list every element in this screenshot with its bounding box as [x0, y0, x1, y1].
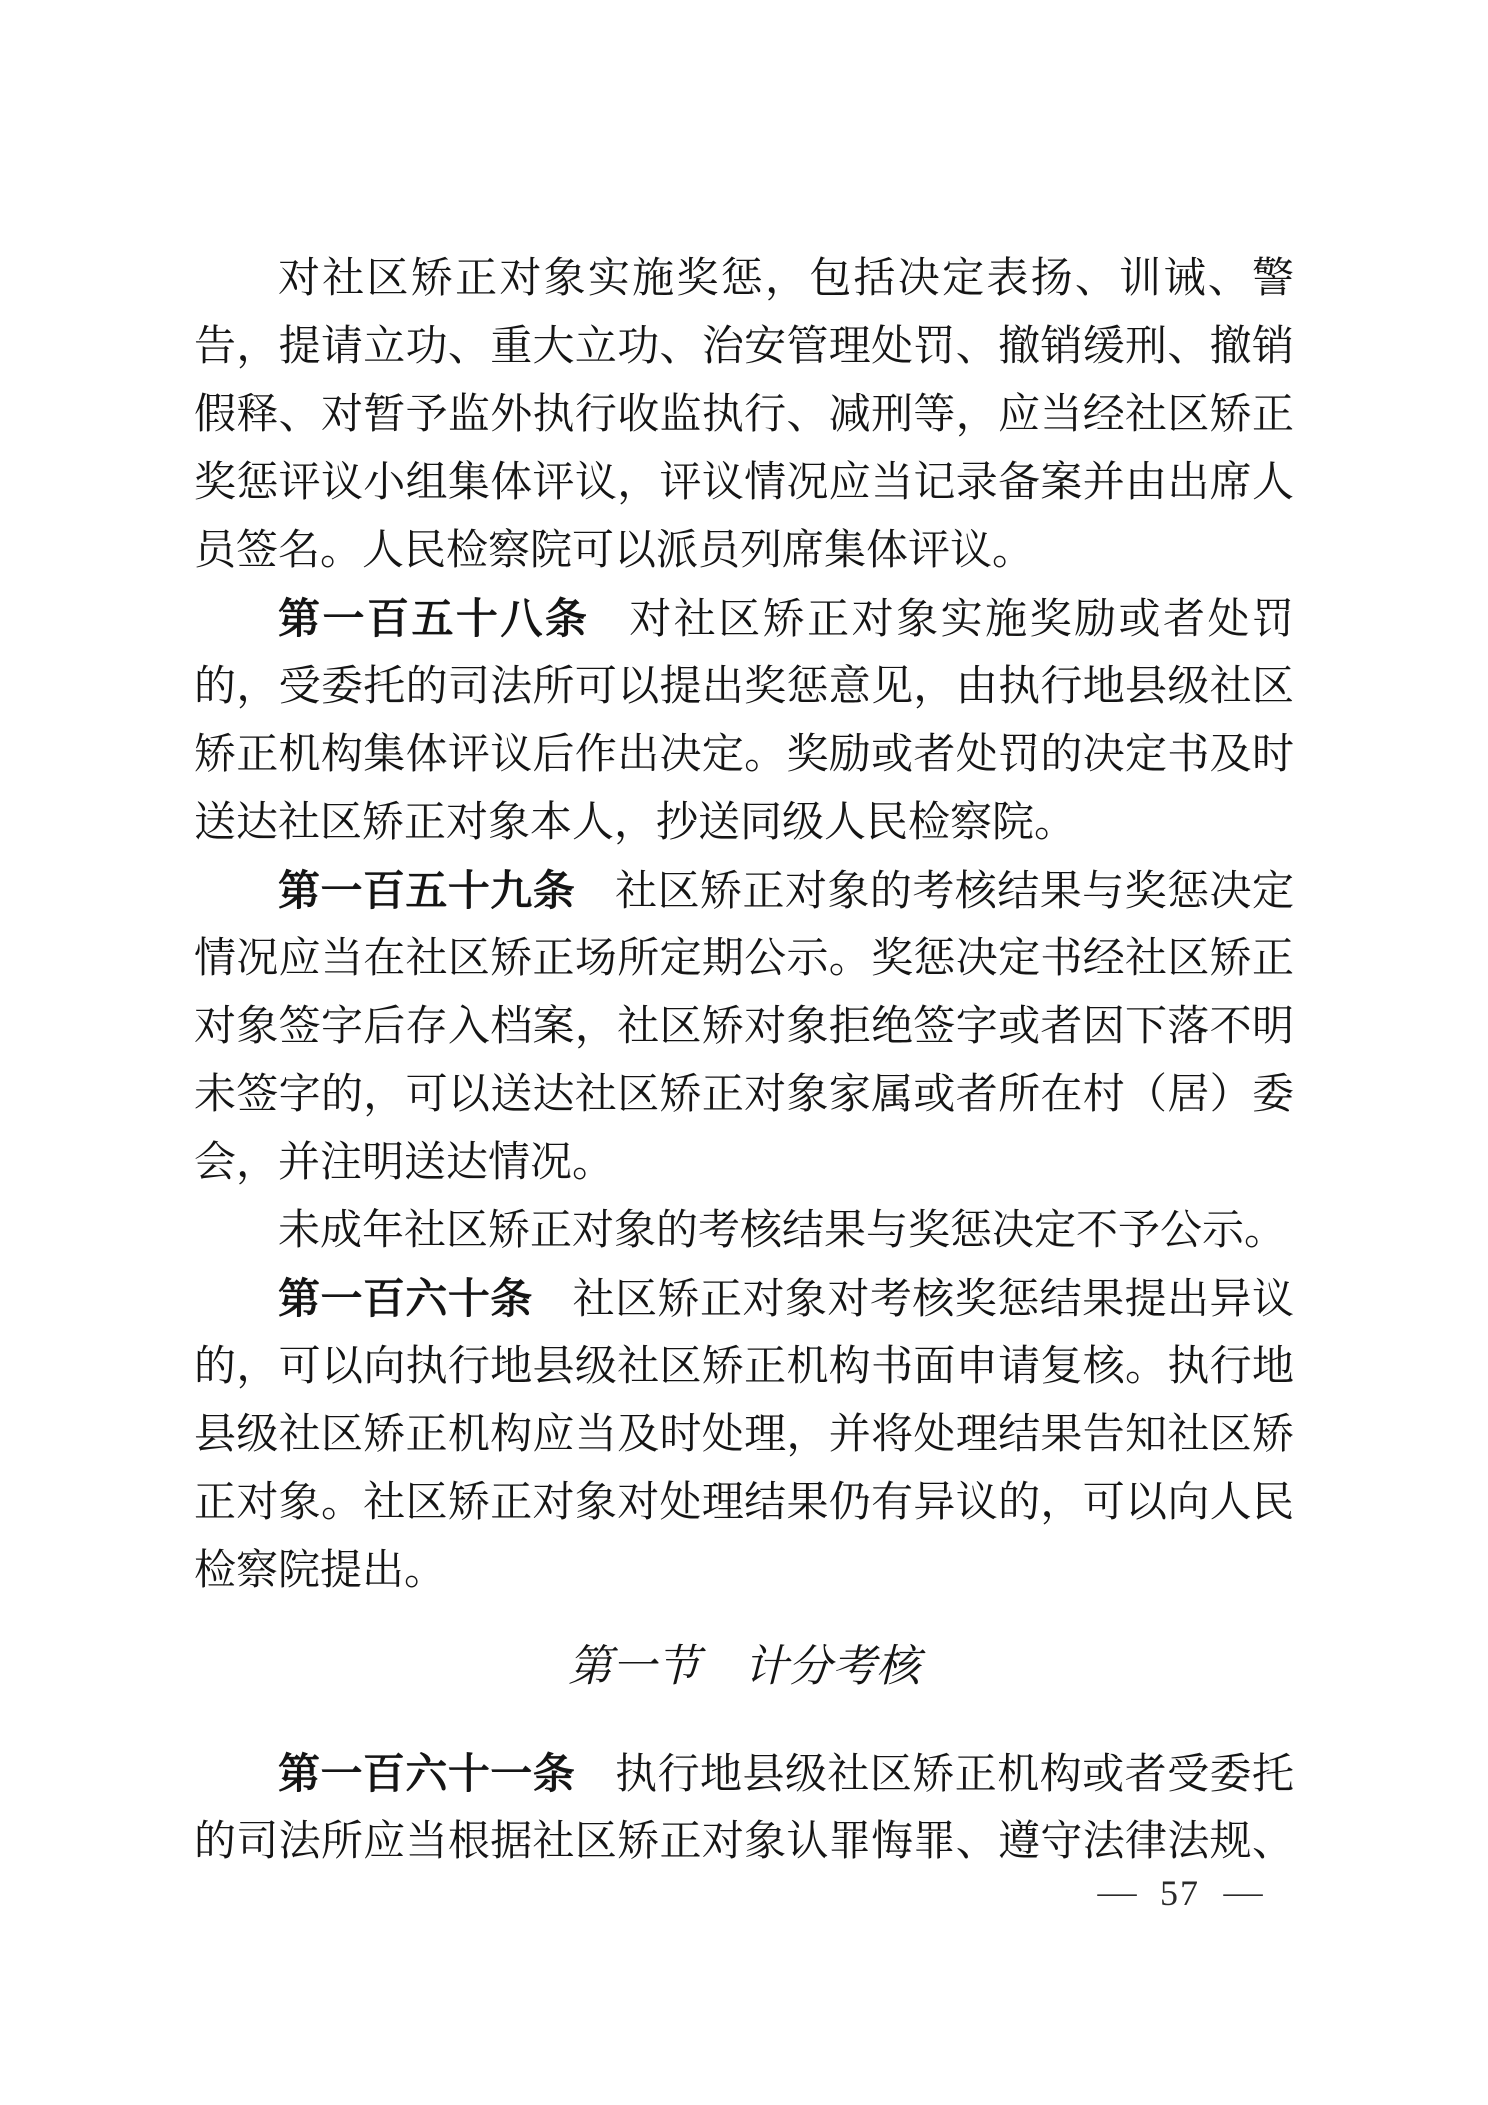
text-line: 送达社区矫正对象本人，抄送同级人民检察院。 [194, 789, 1294, 857]
body-block-1: 对社区矫正对象实施奖惩，包括决定表扬、训诫、警 告，提请立功、重大立功、治安管理… [194, 245, 1294, 1605]
page-content: 对社区矫正对象实施奖惩，包括决定表扬、训诫、警 告，提请立功、重大立功、治安管理… [194, 245, 1294, 1876]
text-line: 情况应当在社区矫正场所定期公示。奖惩决定书经社区矫正 [194, 925, 1294, 993]
article-number: 第一百五十八条 [278, 595, 589, 642]
text-line: 员签名。人民检察院可以派员列席集体评议。 [194, 517, 1294, 585]
article-text: 社区矫正对象对考核奖惩结果提出异议 [573, 1277, 1294, 1323]
article-number: 第一百六十条 [278, 1275, 533, 1322]
text-line: 的司法所应当根据社区矫正对象认罪悔罪、遵守法律法规、 [194, 1808, 1294, 1876]
article-number: 第一百五十九条 [278, 867, 575, 914]
text-line: 告，提请立功、重大立功、治安管理处罚、撤销缓刑、撤销 [194, 313, 1294, 381]
footer-left-dash: — [1097, 1874, 1136, 1912]
text-line: 县级社区矫正机构应当及时处理，并将处理结果告知社区矫 [194, 1401, 1294, 1469]
text-line: 假释、对暂予监外执行收监执行、减刑等，应当经社区矫正 [194, 381, 1294, 449]
body-block-2: 第一百六十一条执行地县级社区矫正机构或者受委托 的司法所应当根据社区矫正对象认罪… [194, 1740, 1294, 1876]
text-line: 检察院提出。 [194, 1537, 1294, 1605]
text-line: 的，受委托的司法所可以提出奖惩意见，由执行地县级社区 [194, 653, 1294, 721]
text-line: 第一百五十九条社区矫正对象的考核结果与奖惩决定 [194, 857, 1294, 925]
text-line: 第一百五十八条对社区矫正对象实施奖励或者处罚 [194, 585, 1294, 653]
text-line: 矫正机构集体评议后作出决定。奖励或者处罚的决定书及时 [194, 721, 1294, 789]
section-heading: 第一节计分考核 [194, 1633, 1294, 1701]
page-number: 57 [1160, 1872, 1200, 1914]
section-title: 计分考核 [744, 1642, 920, 1691]
text-line: 未签字的，可以送达社区矫正对象家属或者所在村（居）委 [194, 1061, 1294, 1129]
text-line: 第一百六十一条执行地县级社区矫正机构或者受委托 [194, 1740, 1294, 1808]
article-number: 第一百六十一条 [278, 1750, 575, 1797]
footer-right-dash: — [1223, 1874, 1262, 1912]
text-line: 的，可以向执行地县级社区矫正机构书面申请复核。执行地 [194, 1333, 1294, 1401]
text-line: 对象签字后存入档案，社区矫对象拒绝签字或者因下落不明 [194, 993, 1294, 1061]
text-line: 会，并注明送达情况。 [194, 1129, 1294, 1197]
article-text: 对社区矫正对象实施奖励或者处罚 [629, 597, 1294, 643]
text-line: 对社区矫正对象实施奖惩，包括决定表扬、训诫、警 [194, 245, 1294, 313]
article-text: 执行地县级社区矫正机构或者受委托 [615, 1752, 1294, 1798]
page-number-footer: — 57 — [1100, 1872, 1260, 1914]
text-line: 奖惩评议小组集体评议，评议情况应当记录备案并由出席人 [194, 449, 1294, 517]
text-line: 第一百六十条社区矫正对象对考核奖惩结果提出异议 [194, 1265, 1294, 1333]
section-number: 第一节 [568, 1642, 700, 1691]
text-line: 正对象。社区矫正对象对处理结果仍有异议的，可以向人民 [194, 1469, 1294, 1537]
document-page: 对社区矫正对象实施奖惩，包括决定表扬、训诫、警 告，提请立功、重大立功、治安管理… [0, 0, 1488, 2105]
article-text: 社区矫正对象的考核结果与奖惩决定 [615, 869, 1294, 915]
text-line: 未成年社区矫正对象的考核结果与奖惩决定不予公示。 [194, 1197, 1294, 1265]
